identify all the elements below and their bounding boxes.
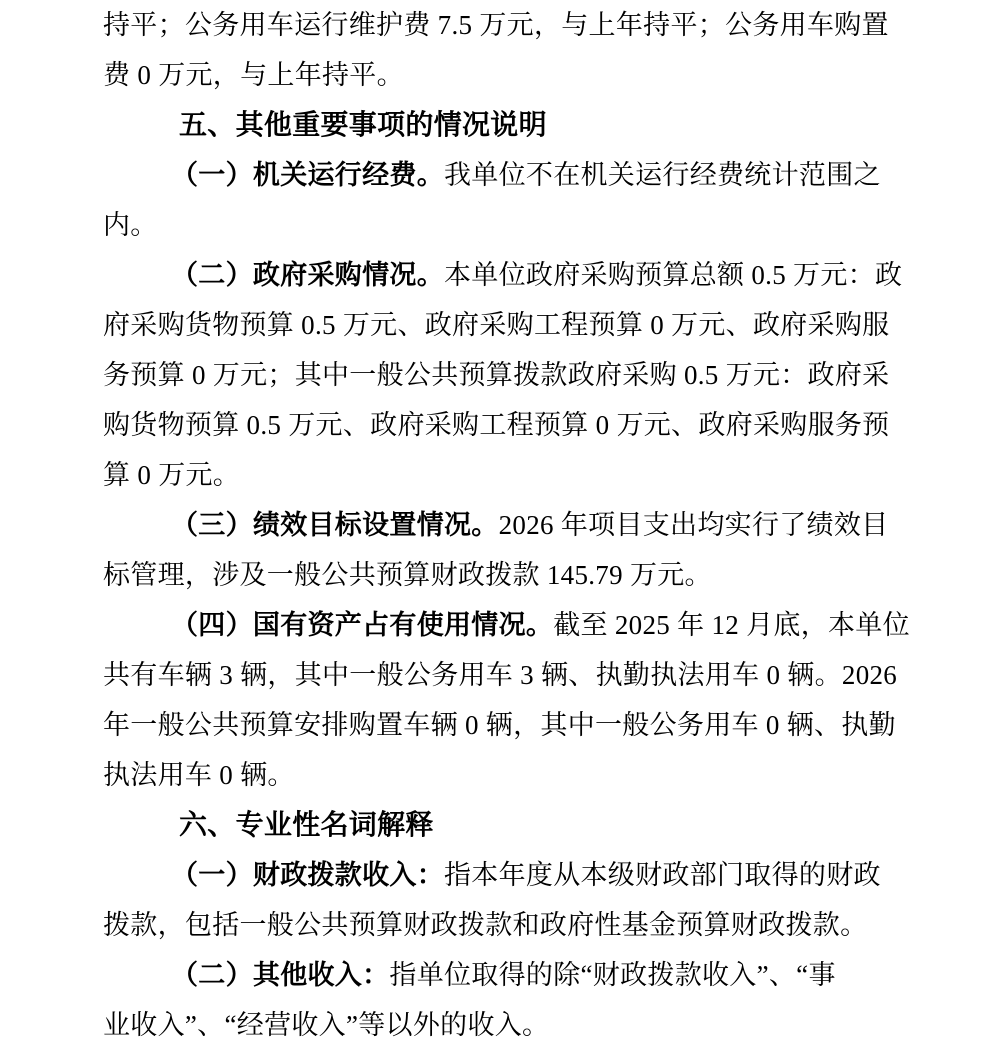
subitem-label: （一）财政拨款收入： <box>171 860 444 890</box>
body-line: 业收入”、“经营收入”等以外的收入。 <box>103 1000 905 1043</box>
body-line: 共有车辆 3 辆，其中一般公务用车 3 辆、执勤执法用车 0 辆。2026 <box>103 650 905 700</box>
body-text: 2026 年项目支出均实行了绩效目 <box>499 510 889 540</box>
body-line: 持平；公务用车运行维护费 7.5 万元，与上年持平；公务用车购置 <box>103 0 905 50</box>
body-line: 费 0 万元，与上年持平。 <box>103 50 905 100</box>
subitem-label: （四）国有资产占有使用情况。 <box>171 610 553 640</box>
body-line: 算 0 万元。 <box>103 450 905 500</box>
body-line: （四）国有资产占有使用情况。截至 2025 年 12 月底，本单位 <box>103 600 905 650</box>
body-line: 执法用车 0 辆。 <box>103 750 905 800</box>
body-line: 拨款，包括一般公共预算财政拨款和政府性基金预算财政拨款。 <box>103 900 905 950</box>
body-text: 本单位政府采购预算总额 0.5 万元：政 <box>444 260 902 290</box>
body-line: （三）绩效目标设置情况。2026 年项目支出均实行了绩效目 <box>103 500 905 550</box>
body-line: 年一般公共预算安排购置车辆 0 辆，其中一般公务用车 0 辆、执勤 <box>103 700 905 750</box>
body-line: 务预算 0 万元；其中一般公共预算拨款政府采购 0.5 万元：政府采 <box>103 350 905 400</box>
section-heading-6: 六、专业性名词解释 <box>103 800 905 850</box>
body-line: （一）机关运行经费。我单位不在机关运行经费统计范围之 <box>103 150 905 200</box>
body-line: （二）政府采购情况。本单位政府采购预算总额 0.5 万元：政 <box>103 250 905 300</box>
subitem-label: （一）机关运行经费。 <box>171 160 444 190</box>
body-line: 标管理，涉及一般公共预算财政拨款 145.79 万元。 <box>103 550 905 600</box>
subitem-label: （二）其他收入： <box>171 960 389 990</box>
body-line: 内。 <box>103 200 905 250</box>
subitem-label: （二）政府采购情况。 <box>171 260 444 290</box>
body-line: 府采购货物预算 0.5 万元、政府采购工程预算 0 万元、政府采购服 <box>103 300 905 350</box>
body-text: 截至 2025 年 12 月底，本单位 <box>553 610 910 640</box>
body-line: （一）财政拨款收入：指本年度从本级财政部门取得的财政 <box>103 850 905 900</box>
section-heading-5: 五、其他重要事项的情况说明 <box>103 100 905 150</box>
body-line: （二）其他收入：指单位取得的除“财政拨款收入”、“事 <box>103 950 905 1000</box>
body-text: 指本年度从本级财政部门取得的财政 <box>444 860 881 890</box>
subitem-label: （三）绩效目标设置情况。 <box>171 510 499 540</box>
document-text-block: 持平；公务用车运行维护费 7.5 万元，与上年持平；公务用车购置 费 0 万元，… <box>0 0 1000 1043</box>
body-line: 购货物预算 0.5 万元、政府采购工程预算 0 万元、政府采购服务预 <box>103 400 905 450</box>
document-page: 持平；公务用车运行维护费 7.5 万元，与上年持平；公务用车购置 费 0 万元，… <box>0 0 1000 1043</box>
body-text: 指单位取得的除“财政拨款收入”、“事 <box>389 960 835 990</box>
body-text: 我单位不在机关运行经费统计范围之 <box>444 160 881 190</box>
